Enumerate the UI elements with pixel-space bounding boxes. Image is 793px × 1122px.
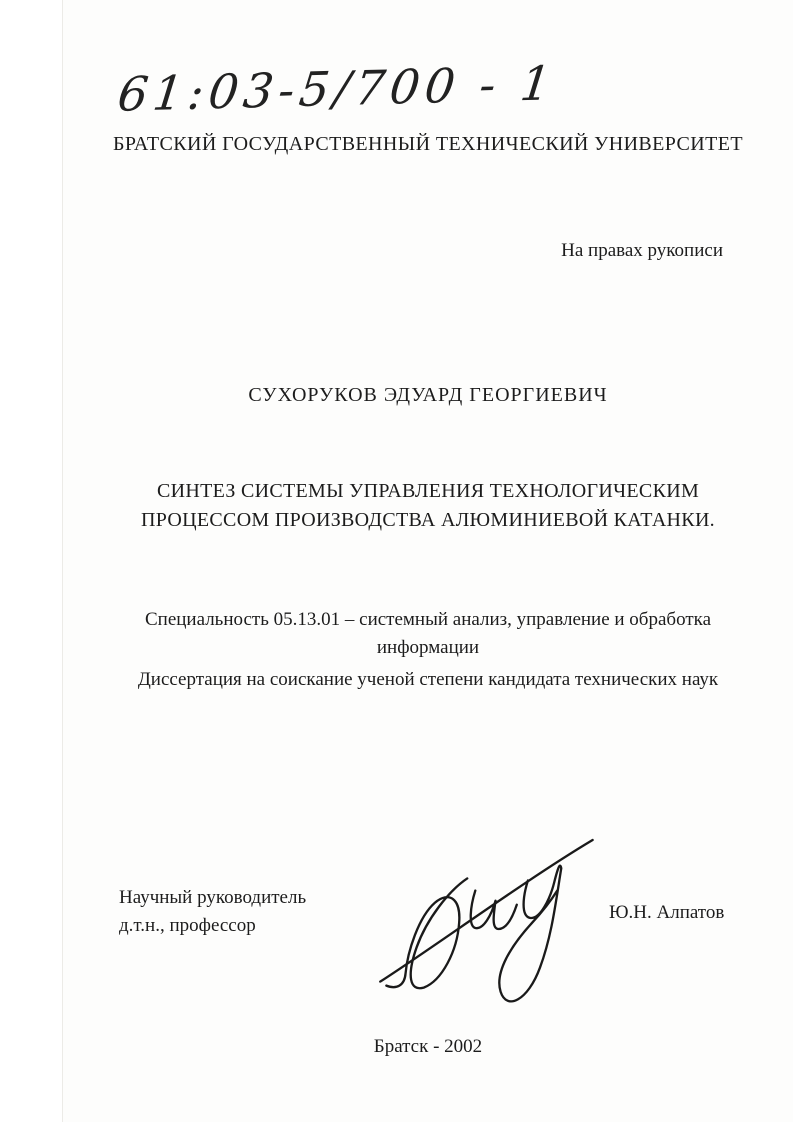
specialty-line-1: Специальность 05.13.01 – системный анали… <box>63 606 793 634</box>
dissertation-title: СИНТЕЗ СИСТЕМЫ УПРАВЛЕНИЯ ТЕХНОЛОГИЧЕСКИ… <box>63 477 793 535</box>
dissertation-title-line-2: ПРОЦЕССОМ ПРОИЗВОДСТВА АЛЮМИНИЕВОЙ КАТАН… <box>63 506 793 535</box>
manuscript-rights-note: На правах рукописи <box>561 240 723 262</box>
thesis-degree-statement: Диссертация на соискание ученой степени … <box>63 669 793 691</box>
advisor-name: Ю.Н. Алпатов <box>609 902 724 924</box>
specialty-block: Специальность 05.13.01 – системный анали… <box>63 606 793 662</box>
handwritten-inventory-number: 61:03-5/700 - 1 <box>115 56 559 123</box>
advisor-signature-image <box>378 838 606 1020</box>
dissertation-title-line-1: СИНТЕЗ СИСТЕМЫ УПРАВЛЕНИЯ ТЕХНОЛОГИЧЕСКИ… <box>63 477 793 506</box>
city-and-year: Братск - 2002 <box>63 1036 793 1058</box>
scanned-page: 61:03-5/700 - 1 БРАТСКИЙ ГОСУДАРСТВЕННЫЙ… <box>62 0 793 1122</box>
author-name: СУХОРУКОВ ЭДУАРД ГЕОРГИЕВИЧ <box>63 384 793 407</box>
advisor-role-line-2: д.т.н., профессор <box>119 912 306 940</box>
university-name: БРАТСКИЙ ГОСУДАРСТВЕННЫЙ ТЕХНИЧЕСКИЙ УНИ… <box>63 133 793 156</box>
advisor-role-line-1: Научный руководитель <box>119 884 306 912</box>
advisor-role-block: Научный руководитель д.т.н., профессор <box>119 884 306 940</box>
specialty-line-2: информации <box>63 634 793 662</box>
